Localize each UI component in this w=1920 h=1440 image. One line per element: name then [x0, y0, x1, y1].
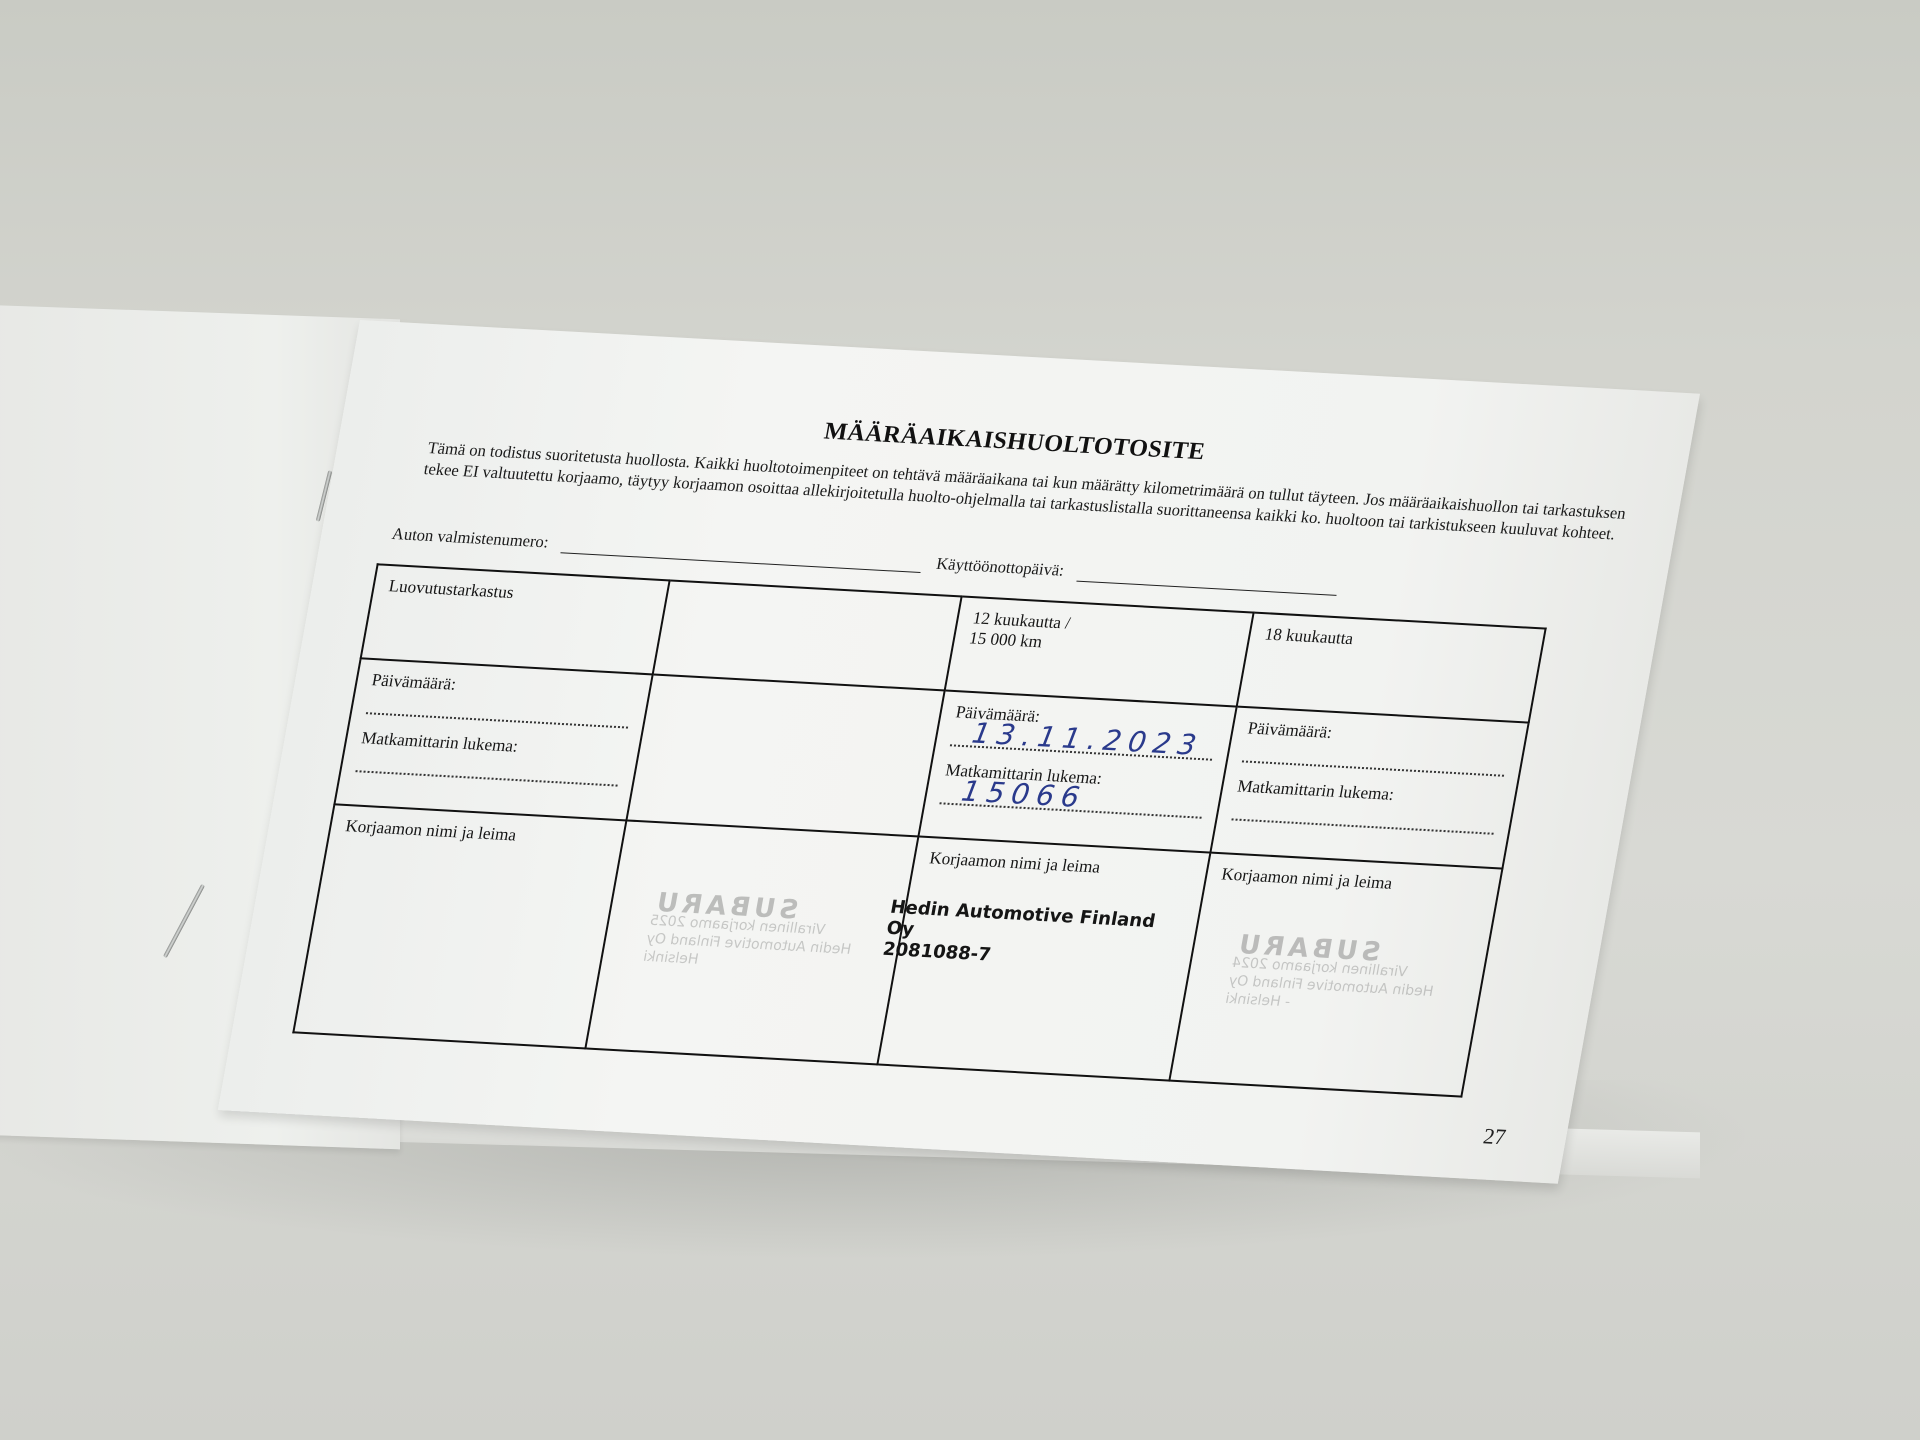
entry-3-readings: Päivämäärä: 13.11.2023 Matkamittarin luk… [918, 691, 1236, 853]
vin-field[interactable] [561, 536, 924, 573]
page-number: 27 [1481, 1123, 1508, 1150]
handwritten-odometer: 15066 [959, 775, 1089, 815]
entry-2-readings [626, 675, 944, 837]
column-header-delivery-inspection: Luovutustarkastus [361, 564, 670, 674]
commissioning-date-field[interactable] [1076, 565, 1339, 596]
ghost-stamp-subaru-2025: SUBARU Virallinen korjaamo 2025 Hedin Au… [642, 894, 859, 977]
date-field[interactable]: 13.11.2023 [950, 725, 1216, 761]
column-header-18-months: 18 kuukautta [1237, 613, 1546, 723]
entry-4-readings: Päivämäärä: Matkamittarin lukema: [1210, 707, 1528, 869]
ghost-stamp-subaru-2024: SUBARU Virallinen korjaamo 2024 Hedin Au… [1224, 936, 1441, 1019]
entry-1-workshop: Korjaamon nimi ja leima [293, 804, 626, 1048]
entry-3-workshop: Korjaamon nimi ja leima Hedin Automotive… [877, 837, 1210, 1081]
entry-1-readings: Päivämäärä: Matkamittarin lukema: [334, 659, 652, 821]
service-table: Luovutustarkastus 12 kuukautta / 15 000 … [292, 563, 1547, 1097]
service-record-page: MÄÄRÄAIKAISHUOLTOTOSITE Tämä on todistus… [218, 320, 1700, 1184]
entry-2-workshop: SUBARU Virallinen korjaamo 2025 Hedin Au… [585, 821, 918, 1065]
commissioning-date-label: Käyttöönottopäivä: [935, 554, 1066, 581]
column-header-blank [653, 580, 962, 690]
column-header-12-months: 12 kuukautta / 15 000 km [945, 596, 1254, 706]
entry-4-workshop: Korjaamon nimi ja leima SUBARU Viralline… [1169, 853, 1502, 1097]
vin-label: Auton valmistenumero: [390, 524, 550, 553]
workshop-stamp: Hedin Automotive Finland Oy 2081088-7 [881, 897, 1184, 976]
